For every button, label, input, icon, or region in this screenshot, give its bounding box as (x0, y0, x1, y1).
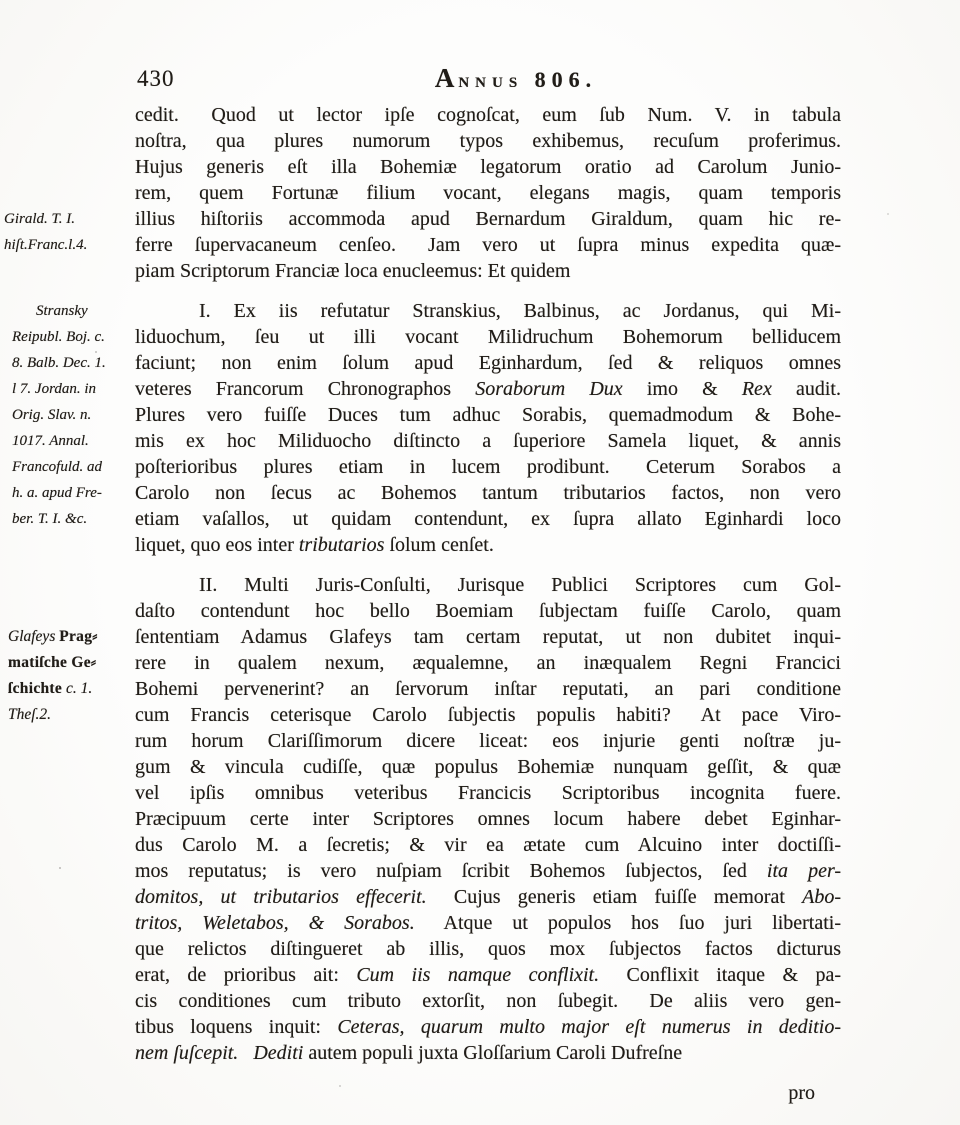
text-segment: audit. (772, 378, 841, 400)
text-line: faciunt; non enim ſolum apud Eginhardum,… (135, 350, 841, 376)
text-segment: cum Francis ceterisque Carolo ſubjectis … (135, 704, 841, 726)
text-segment: rum horum Clariſſimorum dicere liceat: e… (135, 730, 841, 752)
margin-note-stransky: StranskyReipubl. Boj. c.8. Balb. Dec. 1.… (12, 298, 138, 532)
text-line: Francofuld. ad (12, 454, 138, 480)
text-line: matiſche Ge⸗ (8, 650, 138, 676)
text-segment: Orig. Slav. n. (12, 407, 91, 423)
text-segment (238, 1042, 253, 1064)
text-line: l 7. Jordan. in (12, 376, 138, 402)
paragraph-intro: cedit. Quod ut lector ipſe cognoſcat, eu… (135, 102, 841, 284)
text-segment: Abo- (802, 886, 841, 908)
text-line: II. Multi Juris-Conſulti, Jurisque Publi… (135, 572, 841, 598)
text-line: Plures vero fuiſſe Duces tum adhuc Sorab… (135, 402, 841, 428)
text-line: h. a. apud Fre- (12, 480, 138, 506)
text-segment: Plures vero fuiſſe Duces tum adhuc Sorab… (135, 404, 841, 426)
text-line: mis ex hoc Miliduocho diſtincto a ſuperi… (135, 428, 841, 454)
text-line: Præcipuum certe inter Scriptores omnes l… (135, 806, 841, 832)
text-column: cedit. Quod ut lector ipſe cognoſcat, eu… (135, 102, 841, 1106)
text-line: rum horum Clariſſimorum dicere liceat: e… (135, 728, 841, 754)
text-line: rem, quem Fortunæ filium vocant, elegans… (135, 180, 841, 206)
text-line: I. Ex iis refutatur Stranskius, Balbinus… (135, 298, 841, 324)
text-segment: poſterioribus plures etiam in lucem prod… (135, 456, 841, 478)
text-line: Hujus generis eſt illa Bohemiæ legatorum… (135, 154, 841, 180)
text-line: illius hiſtoriis accommoda apud Bernardu… (135, 206, 841, 232)
text-segment: Præcipuum certe inter Scriptores omnes l… (135, 808, 841, 830)
text-segment: hiſt.Franc.l.4. (4, 237, 87, 253)
text-line: Reipubl. Boj. c. (12, 324, 138, 350)
text-segment: dus Carolo M. a ſecretis; & vir ea ætate… (135, 834, 841, 856)
text-line: 8. Balb. Dec. 1. (12, 350, 138, 376)
text-segment: h. a. apud Fre- (12, 485, 102, 501)
book-page-scan: 430 Annus 806. Girald. T. I.hiſt.Franc.l… (0, 0, 960, 1125)
text-segment: Reipubl. Boj. c. (12, 329, 105, 345)
text-line: liquet, quo eos inter tributarios ſolum … (135, 532, 841, 558)
text-line: liduochum, ſeu ut illi vocant Milidruchu… (135, 324, 841, 350)
text-line: erat, de prioribus ait: Cum iis namque c… (135, 962, 841, 988)
text-line: Orig. Slav. n. (12, 402, 138, 428)
text-segment: Carolo non ſecus ac Bohemos tantum tribu… (135, 482, 841, 504)
text-segment: 1017. Annal. (12, 433, 89, 449)
text-segment: Cujus generis etiam fuiſſe memorat (427, 886, 802, 908)
text-line: dus Carolo M. a ſecretis; & vir ea ætate… (135, 832, 841, 858)
text-segment: veteres Francorum Chronographos (135, 378, 475, 400)
text-line: Theſ.2. (8, 702, 138, 728)
margin-note-glafeys: Glafeys Prag⸗matiſche Ge⸗ſchichte c. 1.T… (8, 624, 138, 728)
text-segment: Francofuld. ad (12, 459, 102, 475)
text-segment: Soraborum Dux (475, 378, 623, 400)
text-line: gum & vincula cudiſſe, quæ populus Bohem… (135, 754, 841, 780)
text-segment: tritos, Weletabos, & Sorabos. (135, 912, 415, 934)
text-segment: tibus loquens inquit: (135, 1016, 337, 1038)
text-line: noſtra, qua plures numorum typos exhibem… (135, 128, 841, 154)
text-segment: matiſche Ge⸗ (8, 654, 96, 671)
text-segment: ſolum cenſet. (384, 534, 493, 556)
text-line: tritos, Weletabos, & Sorabos. Atque ut p… (135, 910, 841, 936)
text-line: Glafeys Prag⸗ (8, 624, 138, 650)
text-segment: Rex (742, 378, 772, 400)
text-line: ſententiam Adamus Glafeys tam certam rep… (135, 624, 841, 650)
text-segment: domitos, ut tributarios effecerit. (135, 886, 427, 908)
text-segment: II. Multi Juris-Conſulti, Jurisque Publi… (199, 574, 841, 596)
catchword: pro (135, 1080, 841, 1106)
text-segment: autem populi juxta Gloſſarium Caroli Duf… (303, 1042, 682, 1064)
text-line: poſterioribus plures etiam in lucem prod… (135, 454, 841, 480)
text-line: tibus loquens inquit: Ceteras, quarum mu… (135, 1014, 841, 1040)
text-line: ber. T. I. &c. (12, 506, 138, 532)
text-line: domitos, ut tributarios effecerit. Cujus… (135, 884, 841, 910)
text-segment: imo & (623, 378, 742, 400)
text-line: ſchichte c. 1. (8, 676, 138, 702)
text-line: 1017. Annal. (12, 428, 138, 454)
text-segment: piam Scriptorum Franciæ loca enucleemus:… (135, 260, 570, 282)
text-segment: liduochum, ſeu ut illi vocant Milidruchu… (135, 326, 841, 348)
text-line: mos reputatus; is vero nuſpiam ſcribit B… (135, 858, 841, 884)
text-segment: tributarios (299, 534, 385, 556)
text-segment: vel ipſis omnibus veteribus Francicis Sc… (135, 782, 841, 804)
text-segment: Prag⸗ (59, 628, 98, 645)
text-segment: I. Ex iis refutatur Stranskius, Balbinus… (199, 300, 841, 322)
text-segment: mis ex hoc Miliduocho diſtincto a ſuperi… (135, 430, 841, 452)
text-line: veteres Francorum Chronographos Soraboru… (135, 376, 841, 402)
text-segment: Bohemi pervenerint? an ſervorum inſtar r… (135, 678, 841, 700)
text-segment: Theſ.2. (8, 706, 51, 723)
text-segment: Conflixit itaque & pa- (599, 964, 841, 986)
text-segment: erat, de prioribus ait: (135, 964, 356, 986)
text-segment: 8. Balb. Dec. 1. (12, 355, 106, 371)
text-line: vel ipſis omnibus veteribus Francicis Sc… (135, 780, 841, 806)
running-title: Annus 806. (135, 63, 841, 94)
text-segment: l 7. Jordan. in (12, 381, 96, 397)
text-line: hiſt.Franc.l.4. (4, 232, 136, 258)
text-segment: cis conditiones cum tributo extorſit, no… (135, 990, 841, 1012)
text-line: Carolo non ſecus ac Bohemos tantum tribu… (135, 480, 841, 506)
text-line: piam Scriptorum Franciæ loca enucleemus:… (135, 258, 841, 284)
text-line: nem ſuſcepit. Dediti autem populi juxta … (135, 1040, 841, 1066)
text-segment: nem ſuſcepit. (135, 1042, 238, 1064)
text-line: Bohemi pervenerint? an ſervorum inſtar r… (135, 676, 841, 702)
paragraph-section-1: I. Ex iis refutatur Stranskius, Balbinus… (135, 298, 841, 558)
text-segment: ita per- (767, 860, 841, 882)
text-segment: que relictos diſtingueret ab illis, quos… (135, 938, 841, 960)
text-segment: mos reputatus; is vero nuſpiam ſcribit B… (135, 860, 767, 882)
text-segment: ber. T. I. &c. (12, 511, 87, 527)
margin-note-girald: Girald. T. I.hiſt.Franc.l.4. (4, 206, 136, 258)
text-line: cedit. Quod ut lector ipſe cognoſcat, eu… (135, 102, 841, 128)
text-segment: cedit. Quod ut lector ipſe cognoſcat, eu… (135, 104, 841, 126)
text-segment: gum & vincula cudiſſe, quæ populus Bohem… (135, 756, 841, 778)
paragraph-section-2: II. Multi Juris-Conſulti, Jurisque Publi… (135, 572, 841, 1066)
text-segment: ſchichte (8, 680, 62, 697)
text-segment: illius hiſtoriis accommoda apud Bernardu… (135, 208, 841, 230)
text-segment: rem, quem Fortunæ filium vocant, elegans… (135, 182, 841, 204)
text-segment: Stransky (36, 303, 88, 319)
text-line: daſto contendunt hoc bello Boemiam ſubje… (135, 598, 841, 624)
text-segment: Ceteras, quarum multo major eſt numerus … (337, 1016, 841, 1038)
text-segment: Girald. T. I. (4, 211, 75, 227)
text-segment: Atque ut populos hos ſuo juri libertati- (415, 912, 841, 934)
text-line: cis conditiones cum tributo extorſit, no… (135, 988, 841, 1014)
text-segment: noſtra, qua plures numorum typos exhibem… (135, 130, 841, 152)
text-segment: faciunt; non enim ſolum apud Eginhardum,… (135, 352, 841, 374)
text-line: rere in qualem nexum, æqualemne, an inæq… (135, 650, 841, 676)
text-segment: Dediti (253, 1042, 303, 1064)
text-segment: Cum iis namque conflixit. (356, 964, 599, 986)
text-line: etiam vaſallos, ut quidam contendunt, ex… (135, 506, 841, 532)
text-line: Stransky (12, 298, 138, 324)
text-segment: daſto contendunt hoc bello Boemiam ſubje… (135, 600, 841, 622)
text-segment: ſententiam Adamus Glafeys tam certam rep… (135, 626, 841, 648)
text-line: que relictos diſtingueret ab illis, quos… (135, 936, 841, 962)
text-segment: etiam vaſallos, ut quidam contendunt, ex… (135, 508, 841, 530)
text-segment: liquet, quo eos inter (135, 534, 299, 556)
text-line: ferre ſupervacaneum cenſeo. Jam vero ut … (135, 232, 841, 258)
text-segment: ferre ſupervacaneum cenſeo. Jam vero ut … (135, 234, 841, 256)
text-line: Girald. T. I. (4, 206, 136, 232)
text-segment: Hujus generis eſt illa Bohemiæ legatorum… (135, 156, 841, 178)
text-segment: Glafeys (8, 628, 59, 645)
text-line: cum Francis ceterisque Carolo ſubjectis … (135, 702, 841, 728)
text-segment: c. 1. (62, 680, 92, 697)
text-segment: rere in qualem nexum, æqualemne, an inæq… (135, 652, 841, 674)
